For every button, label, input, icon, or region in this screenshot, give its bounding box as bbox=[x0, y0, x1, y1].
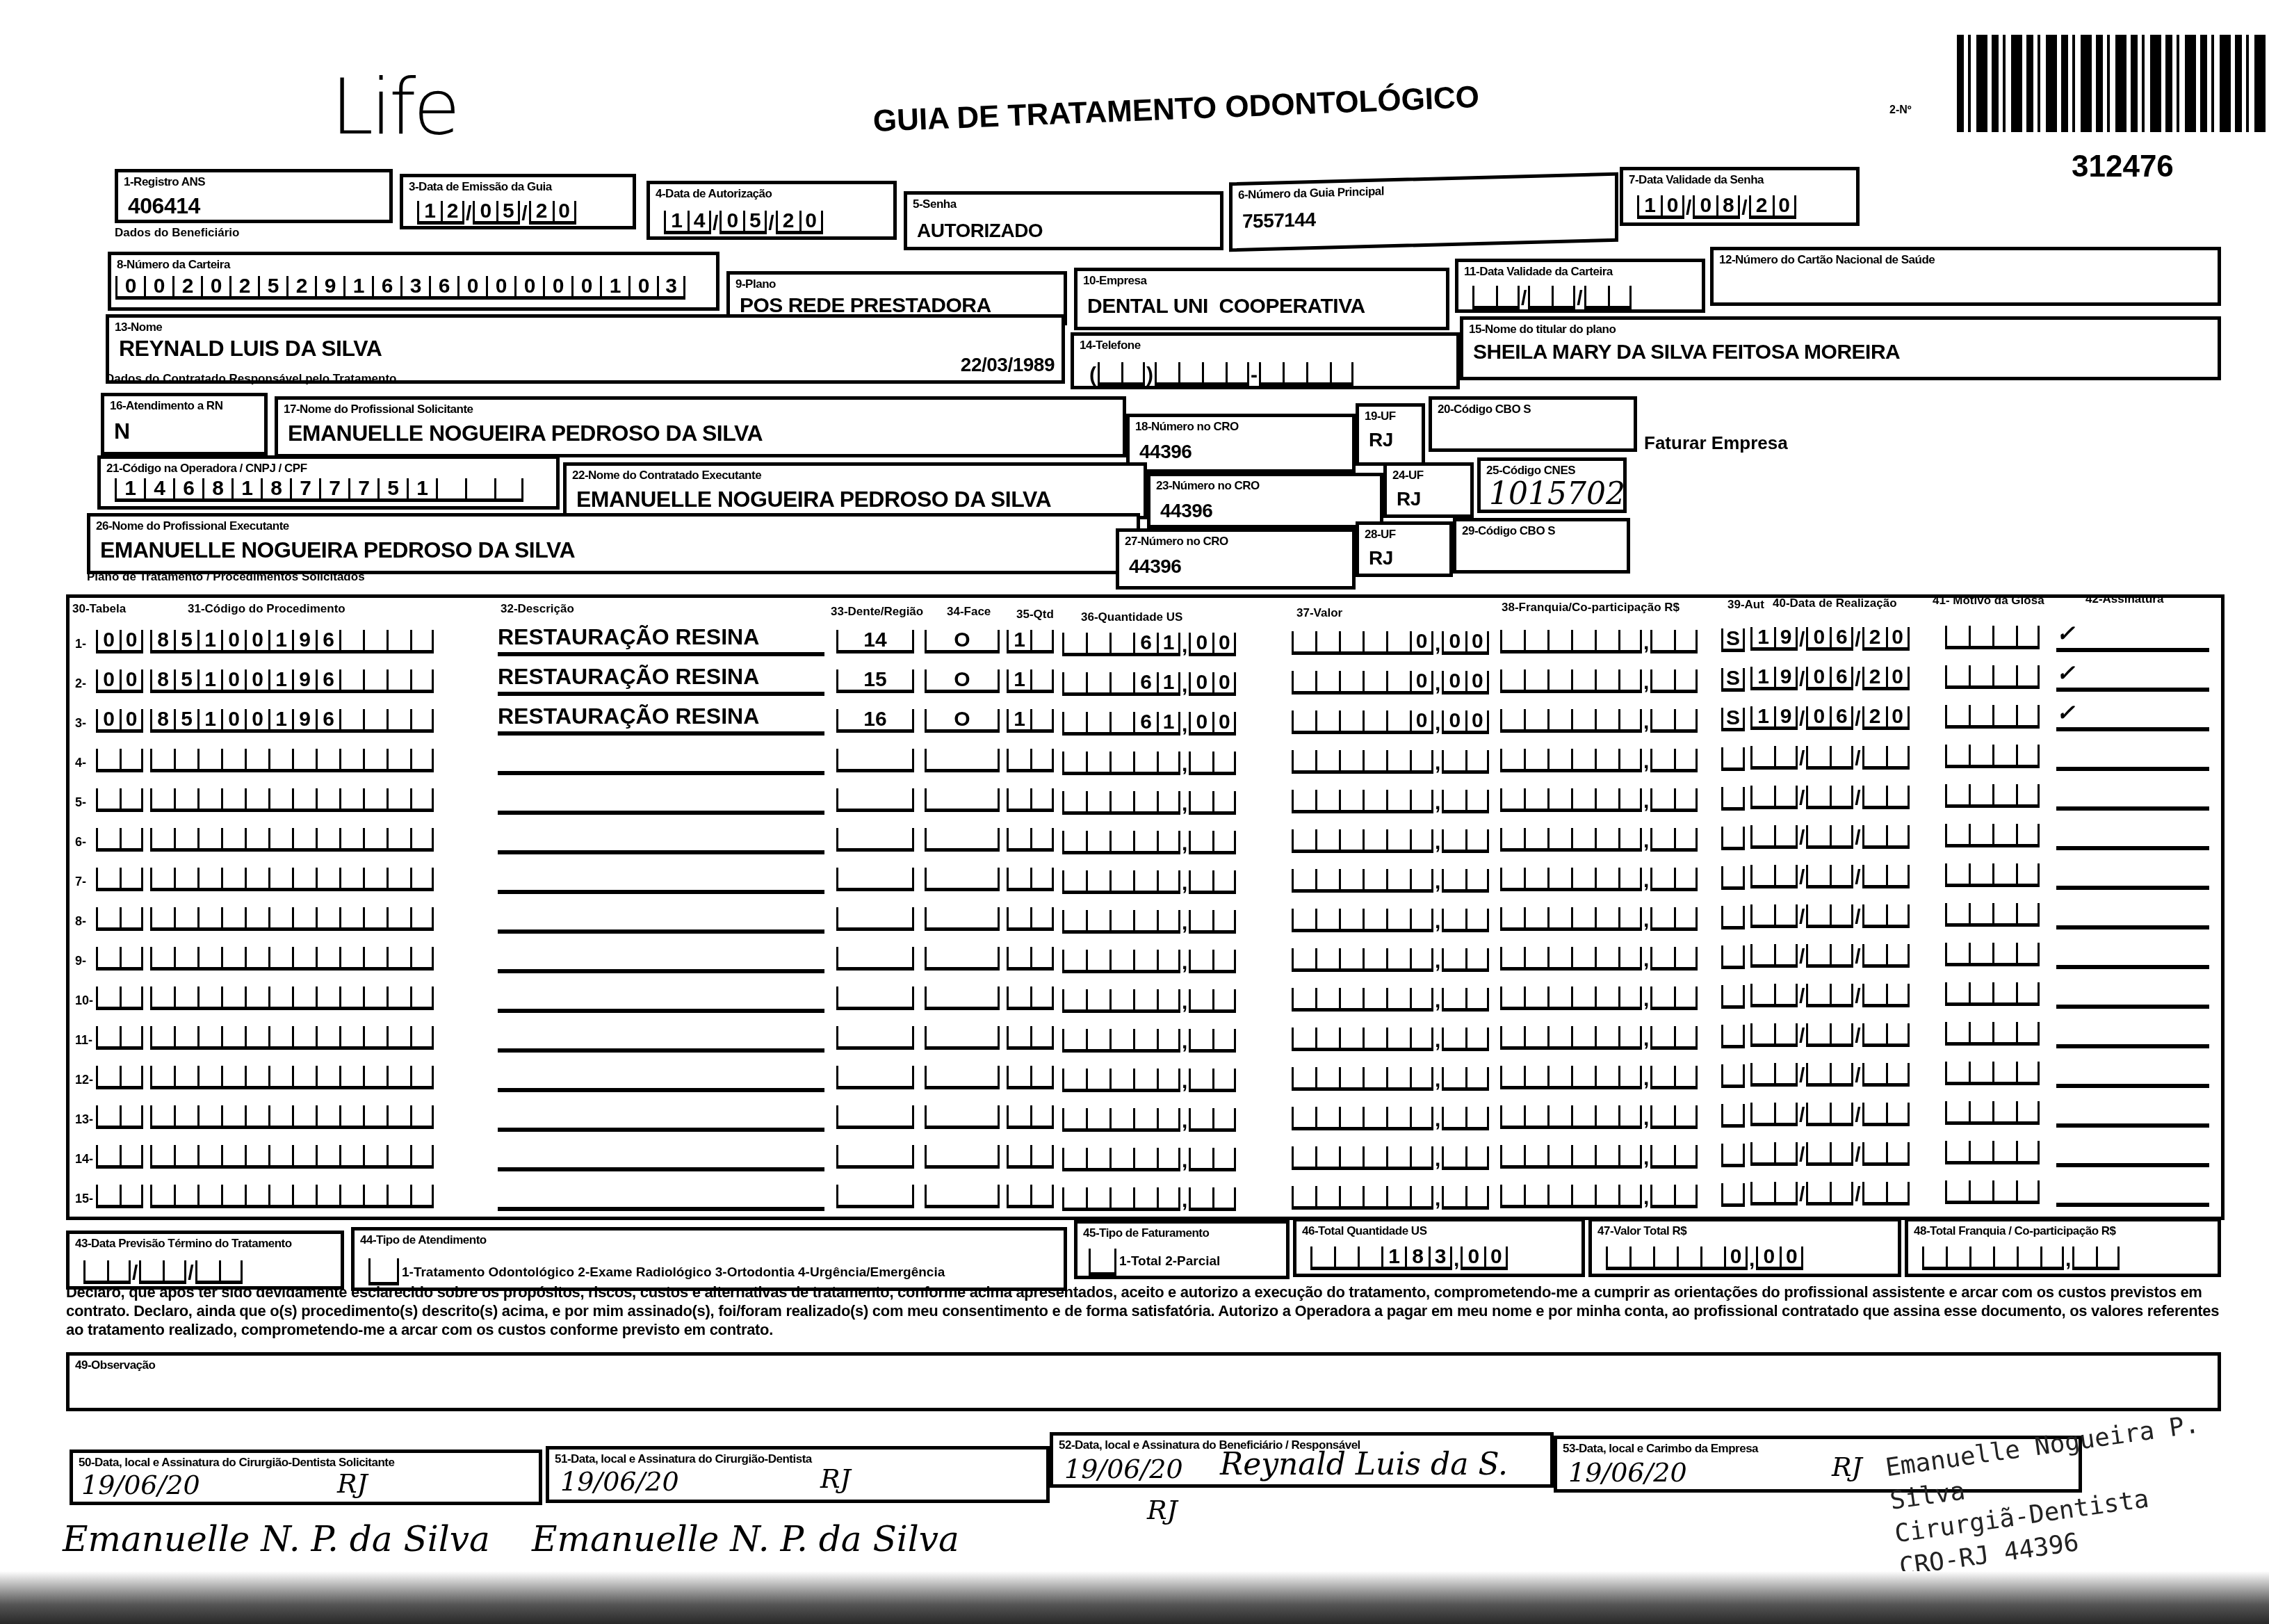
digit-cell bbox=[221, 749, 245, 772]
digit-cell bbox=[1945, 1101, 1969, 1125]
digit-cell bbox=[221, 1185, 245, 1208]
uf-executante-field[interactable]: 28-UF RJ bbox=[1356, 521, 1453, 577]
digit-cell bbox=[150, 1185, 174, 1208]
digit-cell bbox=[1862, 746, 1886, 770]
uf-solicitante-field[interactable]: 19-UF RJ bbox=[1356, 403, 1425, 466]
digit-cell bbox=[1386, 710, 1410, 734]
digit-cell bbox=[363, 907, 387, 931]
procedure-signature[interactable] bbox=[2056, 1016, 2209, 1048]
senha-field[interactable]: 5-Senha AUTORIZADO bbox=[904, 191, 1223, 250]
digit-cell bbox=[1283, 362, 1306, 386]
digit-cell bbox=[292, 1026, 316, 1050]
digit-cell bbox=[1442, 1067, 1465, 1091]
digit-cell bbox=[1945, 745, 1969, 768]
tipo-faturamento-checkbox[interactable] bbox=[1089, 1249, 1116, 1276]
digit-cell bbox=[1306, 362, 1330, 386]
digit-cell bbox=[1315, 631, 1339, 655]
digit-cell bbox=[1862, 1103, 1886, 1126]
digit-cell bbox=[1189, 870, 1212, 894]
digit-cell bbox=[120, 907, 143, 931]
digit-cell bbox=[1212, 989, 1236, 1013]
procedure-signature[interactable] bbox=[2056, 739, 2209, 771]
digit-cell bbox=[1062, 910, 1086, 934]
digit-cell bbox=[150, 907, 174, 931]
digit-cell bbox=[1650, 1105, 1674, 1129]
digit-cell bbox=[1062, 1108, 1086, 1132]
procedure-row[interactable]: 12- ,,,// bbox=[75, 1060, 2216, 1099]
digit-cell bbox=[925, 947, 1000, 971]
digit-cell bbox=[2016, 745, 2040, 768]
digit-cell: 0 bbox=[719, 211, 743, 234]
procedure-signature[interactable] bbox=[2056, 977, 2209, 1009]
previsao-termino-field[interactable]: 43-Data Previsão Término do Tratamento /… bbox=[66, 1231, 344, 1290]
digit-cell bbox=[197, 788, 221, 812]
digit-cell bbox=[339, 1105, 363, 1129]
tipo-faturamento-field[interactable]: 45-Tipo de Faturamento 1-Total 2-Parcial bbox=[1074, 1220, 1290, 1279]
digit-cell bbox=[1571, 669, 1595, 693]
digit-cell bbox=[1650, 1185, 1674, 1208]
procedure-row[interactable]: 3-0085100196RESTAURAÇÃO RESINA16O161,000… bbox=[75, 704, 2216, 742]
digit-cell bbox=[410, 1185, 434, 1208]
guia-number: 312476 bbox=[2072, 149, 2174, 184]
digit-cell bbox=[1292, 829, 1315, 853]
digit-cell: 7 bbox=[290, 478, 319, 502]
validade-carteira-field[interactable]: 11-Data Validade da Carteira // bbox=[1455, 259, 1705, 313]
total-us-field[interactable]: 46-Total Quantidade US 183,00 bbox=[1293, 1218, 1585, 1277]
digit-cell bbox=[197, 1105, 221, 1129]
procedure-signature[interactable] bbox=[2056, 779, 2209, 811]
procedure-row[interactable]: 11- ,,,// bbox=[75, 1021, 2216, 1059]
digit-cell bbox=[1442, 948, 1465, 972]
digit-cell bbox=[363, 868, 387, 891]
digit-cell: 1 bbox=[231, 478, 261, 502]
digit-cell bbox=[1133, 910, 1157, 934]
digit-cell bbox=[150, 828, 174, 852]
digit-cell bbox=[1595, 1066, 1618, 1089]
digit-cell bbox=[1750, 1182, 1774, 1205]
digit-cell bbox=[1133, 1069, 1157, 1092]
guia-principal-field[interactable]: 6-Número da Guia Principal 7557144 bbox=[1229, 172, 1618, 252]
digit-cell bbox=[150, 749, 174, 772]
total-franquia-field[interactable]: 48-Total Franquia / Co-participação R$ , bbox=[1905, 1218, 2221, 1277]
digit-cell bbox=[1465, 1107, 1489, 1130]
procedure-description bbox=[498, 1100, 824, 1132]
digit-cell bbox=[1650, 1145, 1674, 1169]
digit-cell bbox=[2016, 784, 2040, 808]
digit-cell bbox=[292, 986, 316, 1010]
digit-cell bbox=[1500, 1145, 1524, 1169]
digit-cell bbox=[1806, 746, 1830, 770]
digit-cell bbox=[2072, 1247, 2096, 1270]
observacao-field[interactable]: 49-Observação bbox=[66, 1352, 2221, 1411]
digit-cell bbox=[1595, 1105, 1618, 1129]
procedure-signature[interactable]: ✓ bbox=[2056, 699, 2209, 731]
carteira-field[interactable]: 8-Número da Carteira 0020252916360000010… bbox=[108, 252, 719, 311]
digit-cell bbox=[292, 907, 316, 931]
digit-cell bbox=[363, 1145, 387, 1169]
digit-cell bbox=[410, 986, 434, 1010]
digit-cell bbox=[1774, 944, 1798, 968]
procedure-signature[interactable] bbox=[2056, 1175, 2209, 1207]
digit-cell bbox=[1500, 868, 1524, 891]
digit-cell bbox=[1465, 869, 1489, 893]
prof-executante-field[interactable]: 26-Nome do Profissional Executante EMANU… bbox=[87, 513, 1140, 574]
digit-cell bbox=[363, 1105, 387, 1129]
digit-cell: 16 bbox=[836, 709, 914, 733]
digit-cell bbox=[245, 986, 268, 1010]
digit-cell bbox=[1030, 1145, 1054, 1169]
digit-cell bbox=[1992, 1101, 2016, 1125]
digit-cell bbox=[1109, 1148, 1133, 1171]
digit-cell bbox=[1212, 831, 1236, 854]
digit-cell bbox=[1571, 1185, 1595, 1208]
digit-cell: 1 bbox=[407, 478, 436, 502]
digit-cell bbox=[1109, 1108, 1133, 1132]
procedure-row[interactable]: 2-0085100196RESTAURAÇÃO RESINA15O161,000… bbox=[75, 664, 2216, 703]
digit-cell bbox=[1007, 1145, 1030, 1169]
digit-cell bbox=[1109, 831, 1133, 854]
digit-cell bbox=[1178, 362, 1202, 386]
empresa-field[interactable]: 10-Empresa DENTAL UNI COOPERATIVA bbox=[1074, 268, 1449, 330]
digit-cell bbox=[410, 630, 434, 653]
digit-cell bbox=[1212, 752, 1236, 775]
digit-cell bbox=[1086, 1187, 1109, 1211]
digit-cell bbox=[1363, 1186, 1386, 1210]
digit-cell bbox=[1315, 1186, 1339, 1210]
digit-cell bbox=[1571, 1145, 1595, 1169]
digit-cell bbox=[494, 478, 523, 502]
digit-cell bbox=[268, 828, 292, 852]
digit-cell bbox=[245, 1026, 268, 1050]
procedure-row[interactable]: 5- ,,,// bbox=[75, 783, 2216, 822]
digit-cell bbox=[174, 1105, 197, 1129]
digit-cell bbox=[1886, 1142, 1910, 1166]
digit-cell: 1 bbox=[1007, 709, 1030, 733]
procedure-row[interactable]: 14- ,,,// bbox=[75, 1139, 2216, 1178]
digit-cell bbox=[1674, 1145, 1698, 1169]
digit-cell: 0 bbox=[221, 709, 245, 733]
digit-cell: 0 bbox=[120, 630, 143, 653]
digit-cell bbox=[1806, 1142, 1830, 1166]
cartao-nacional-field[interactable]: 12-Número do Cartão Nacional de Saúde bbox=[1710, 247, 2221, 306]
digit-cell bbox=[1157, 1187, 1180, 1211]
uf-contratado-field[interactable]: 24-UF RJ bbox=[1383, 462, 1474, 518]
digit-cell bbox=[174, 788, 197, 812]
digit-cell: 9 bbox=[292, 709, 316, 733]
digit-cell bbox=[836, 947, 914, 971]
cro-solicitante-field[interactable]: 18-Número no CRO 44396 bbox=[1126, 414, 1356, 473]
digit-cell bbox=[292, 1185, 316, 1208]
digit-cell bbox=[1945, 626, 1969, 649]
digit-cell bbox=[1363, 948, 1386, 972]
digit-cell bbox=[1524, 1105, 1547, 1129]
digit-cell bbox=[1618, 749, 1642, 772]
digit-cell bbox=[245, 1185, 268, 1208]
cnes-field[interactable]: 25-Código CNES 1015702 bbox=[1477, 457, 1627, 513]
digit-cell bbox=[1524, 868, 1547, 891]
procedure-row[interactable]: 15- ,,,// bbox=[75, 1179, 2216, 1218]
procedure-signature[interactable] bbox=[2056, 937, 2209, 969]
digit-cell bbox=[1774, 1063, 1798, 1087]
procedure-row[interactable]: 4- ,,,// bbox=[75, 743, 2216, 782]
digit-cell bbox=[1992, 784, 2016, 808]
data-emissao-field[interactable]: 3-Data de Emissão da Guia 12/05/20 bbox=[400, 174, 636, 229]
assinatura-solicitante-field[interactable]: 50-Data, local e Assinatura do Cirurgião… bbox=[70, 1450, 542, 1505]
digit-cell bbox=[1030, 788, 1054, 812]
digit-cell bbox=[1133, 831, 1157, 854]
digit-cell bbox=[339, 947, 363, 971]
digit-cell bbox=[1157, 950, 1180, 973]
digit-cell bbox=[1547, 709, 1571, 733]
digit-cell bbox=[245, 828, 268, 852]
local-beneficiario: RJ bbox=[1147, 1495, 1178, 1525]
telefone-field[interactable]: 14-Telefone ()- bbox=[1071, 332, 1460, 389]
digit-cell bbox=[1212, 910, 1236, 934]
digit-cell bbox=[1030, 669, 1054, 693]
procedure-signature[interactable] bbox=[2056, 1135, 2209, 1167]
atendimento-rn-field[interactable]: 16-Atendimento a RN N bbox=[101, 393, 268, 455]
digit-cell: 1 bbox=[1750, 627, 1774, 651]
procedure-signature[interactable] bbox=[2056, 1056, 2209, 1088]
digit-cell bbox=[96, 1145, 120, 1169]
digit-cell bbox=[1721, 945, 1745, 969]
digit-cell bbox=[339, 907, 363, 931]
digit-cell bbox=[221, 828, 245, 852]
digit-cell bbox=[1109, 672, 1133, 696]
digit-cell bbox=[1086, 712, 1109, 736]
digit-cell bbox=[150, 788, 174, 812]
digit-cell bbox=[1500, 630, 1524, 653]
digit-cell bbox=[1410, 1186, 1433, 1210]
dentist-stamp: Emanuelle Nogueira P. Silva Cirurgiã-Den… bbox=[1883, 1399, 2269, 1584]
procedure-signature[interactable] bbox=[2056, 1096, 2209, 1128]
digit-cell bbox=[1774, 786, 1798, 809]
digit-cell bbox=[1524, 1026, 1547, 1050]
digit-cell: 0 bbox=[201, 276, 229, 300]
digit-cell bbox=[1618, 868, 1642, 891]
digit-cell: 1 bbox=[417, 201, 441, 225]
prof-solicitante-field[interactable]: 17-Nome do Profissional Solicitante EMAN… bbox=[275, 396, 1126, 457]
digit-cell bbox=[1030, 1185, 1054, 1208]
digit-cell bbox=[150, 1026, 174, 1050]
digit-cell bbox=[1721, 1064, 1745, 1088]
cbo-executante-field[interactable]: 29-Código CBO S bbox=[1453, 518, 1630, 574]
digit-cell bbox=[1650, 669, 1674, 693]
digit-cell bbox=[1109, 870, 1133, 894]
titular-field[interactable]: 15-Nome do titular do plano SHEILA MARY … bbox=[1460, 316, 2221, 380]
digit-cell bbox=[120, 1185, 143, 1208]
valor-total-field[interactable]: 47-Valor Total R$ 0,00 bbox=[1588, 1218, 1901, 1277]
digit-cell bbox=[1969, 863, 1992, 887]
digit-cell bbox=[1547, 1145, 1571, 1169]
digit-cell bbox=[268, 907, 292, 931]
digit-cell bbox=[1157, 1148, 1180, 1171]
digit-cell bbox=[1547, 947, 1571, 971]
digit-cell bbox=[1086, 831, 1109, 854]
validade-senha-field[interactable]: 7-Data Validade da Senha 10/08/20 bbox=[1620, 167, 1860, 226]
digit-cell: 5 bbox=[496, 201, 520, 225]
procedure-row[interactable]: 8- ,,,// bbox=[75, 902, 2216, 941]
cro-executante-field[interactable]: 27-Número no CRO 44396 bbox=[1116, 528, 1356, 590]
tipo-atendimento-field[interactable]: 44-Tipo de Atendimento 1-Tratamento Odon… bbox=[351, 1227, 1067, 1291]
digit-cell bbox=[1862, 1142, 1886, 1166]
procedure-signature[interactable] bbox=[2056, 898, 2209, 929]
assinatura-beneficiario-field[interactable]: 52-Data, local e Assinatura do Beneficiá… bbox=[1050, 1432, 1554, 1488]
digit-cell bbox=[316, 788, 339, 812]
digit-cell bbox=[1571, 788, 1595, 812]
digit-cell bbox=[2016, 1062, 2040, 1085]
digit-cell bbox=[96, 1105, 120, 1129]
procedure-row[interactable]: 6- ,,,// bbox=[75, 822, 2216, 861]
digit-cell bbox=[925, 1145, 1000, 1169]
digit-cell bbox=[1992, 943, 2016, 966]
digit-cell bbox=[1774, 1142, 1798, 1166]
digit-cell bbox=[1334, 1247, 1358, 1270]
contratado-executante-field[interactable]: 22-Nome do Contratado Executante EMANUEL… bbox=[563, 462, 1147, 519]
digit-cell bbox=[1945, 863, 1969, 887]
digit-cell bbox=[1830, 865, 1853, 888]
digit-cell bbox=[96, 788, 120, 812]
digit-cell: 0 bbox=[1189, 633, 1212, 656]
data-autorizacao-field[interactable]: 4-Data de Autorização 14/05/20 bbox=[646, 181, 897, 240]
digit-cell bbox=[1750, 1063, 1774, 1087]
digit-cell bbox=[1674, 1185, 1698, 1208]
signature-solicitante: Emanuelle N. P. da Silva bbox=[63, 1519, 490, 1559]
digit-cell bbox=[1650, 986, 1674, 1010]
procedure-row[interactable]: 1-0085100196RESTAURAÇÃO RESINA14O161,000… bbox=[75, 624, 2216, 663]
registro-ans-field[interactable]: 1-Registro ANS 406414 bbox=[115, 169, 393, 223]
assinatura-dentista-field[interactable]: 51-Data, local e Assinatura do Cirurgião… bbox=[546, 1446, 1050, 1503]
digit-cell: 8 bbox=[150, 709, 174, 733]
digit-cell: 0 bbox=[1442, 631, 1465, 655]
digit-cell bbox=[339, 669, 363, 693]
digit-cell bbox=[1547, 669, 1571, 693]
tipo-atendimento-checkbox[interactable] bbox=[368, 1258, 399, 1285]
digit-cell bbox=[1721, 827, 1745, 850]
digit-cell bbox=[1806, 865, 1830, 888]
digit-cell bbox=[836, 1026, 914, 1050]
digit-cell bbox=[292, 1066, 316, 1089]
digit-cell bbox=[363, 749, 387, 772]
digit-cell: 0 bbox=[1806, 706, 1830, 730]
digit-cell bbox=[1030, 947, 1054, 971]
digit-cell bbox=[1886, 1063, 1910, 1087]
digit-cell bbox=[1315, 1146, 1339, 1170]
digit-cell: 0 bbox=[628, 276, 657, 300]
digit-cell bbox=[1618, 1026, 1642, 1050]
digit-cell bbox=[1806, 1063, 1830, 1087]
digit-cell bbox=[197, 828, 221, 852]
digit-cell bbox=[363, 828, 387, 852]
procedure-row[interactable]: 7- ,,,// bbox=[75, 862, 2216, 901]
digit-cell bbox=[1886, 1023, 1910, 1047]
digit-cell bbox=[925, 828, 1000, 852]
digit-cell bbox=[221, 986, 245, 1010]
digit-cell bbox=[150, 986, 174, 1010]
digit-cell: 0 bbox=[1212, 633, 1236, 656]
digit-cell: 0 bbox=[543, 276, 571, 300]
procedure-signature[interactable] bbox=[2056, 858, 2209, 890]
procedure-signature[interactable] bbox=[2056, 818, 2209, 850]
digit-cell bbox=[174, 749, 197, 772]
digit-cell bbox=[1007, 868, 1030, 891]
digit-cell bbox=[1189, 831, 1212, 854]
digit-cell bbox=[1571, 868, 1595, 891]
digit-cell bbox=[1386, 1107, 1410, 1130]
digit-cell bbox=[925, 1105, 1000, 1129]
digit-cell: 0 bbox=[1886, 706, 1910, 730]
digit-cell bbox=[1500, 1185, 1524, 1208]
digit-cell bbox=[2017, 1247, 2040, 1270]
digit-cell: 8 bbox=[1716, 195, 1740, 219]
digit-cell bbox=[1750, 825, 1774, 849]
digit-cell bbox=[1524, 907, 1547, 931]
digit-cell: 1 bbox=[268, 669, 292, 693]
digit-cell bbox=[1886, 865, 1910, 888]
digit-cell bbox=[925, 986, 1000, 1010]
digit-cell bbox=[1500, 709, 1524, 733]
procedure-row[interactable]: 9- ,,,// bbox=[75, 941, 2216, 980]
procedure-signature[interactable]: ✓ bbox=[2056, 620, 2209, 652]
digit-cell bbox=[1806, 984, 1830, 1007]
digit-cell: 3 bbox=[657, 276, 685, 300]
digit-cell bbox=[1774, 865, 1798, 888]
page-title: GUIA DE TRATAMENTO ODONTOLÓGICO bbox=[872, 80, 1480, 139]
cbo-solicitante-field[interactable]: 20-Código CBO S bbox=[1429, 396, 1637, 452]
digit-cell bbox=[1472, 286, 1496, 309]
procedure-row[interactable]: 13- ,,,// bbox=[75, 1100, 2216, 1139]
digit-cell bbox=[1212, 1108, 1236, 1132]
procedure-row[interactable]: 10- ,,,// bbox=[75, 981, 2216, 1020]
digit-cell bbox=[1363, 790, 1386, 813]
digit-cell bbox=[1363, 1028, 1386, 1051]
digit-cell bbox=[387, 669, 410, 693]
digit-cell: 0 bbox=[1773, 195, 1796, 219]
digit-cell: 6 bbox=[1830, 706, 1853, 730]
digit-cell bbox=[1992, 1022, 2016, 1046]
digit-cell bbox=[1992, 982, 2016, 1006]
digit-cell: 0 bbox=[1410, 671, 1433, 695]
digit-cell: 0 bbox=[120, 669, 143, 693]
digit-cell: S bbox=[1721, 628, 1745, 652]
digit-cell bbox=[363, 630, 387, 653]
digit-cell bbox=[1212, 950, 1236, 973]
digit-cell bbox=[1774, 1182, 1798, 1205]
digit-cell bbox=[2016, 665, 2040, 689]
digit-cell bbox=[1595, 788, 1618, 812]
codigo-operadora-field[interactable]: 21-Código na Operadora / CNPJ / CPF 1468… bbox=[97, 455, 560, 510]
cro-contratado-field[interactable]: 23-Número no CRO 44396 bbox=[1147, 473, 1383, 528]
digit-cell: 2 bbox=[229, 276, 258, 300]
digit-cell bbox=[1524, 1185, 1547, 1208]
digit-cell bbox=[1969, 665, 1992, 689]
digit-cell bbox=[1339, 988, 1363, 1012]
digit-cell bbox=[1547, 788, 1571, 812]
procedure-signature[interactable]: ✓ bbox=[2056, 660, 2209, 692]
digit-cell bbox=[1584, 286, 1608, 309]
digit-cell bbox=[1310, 1247, 1334, 1270]
digit-cell bbox=[174, 1066, 197, 1089]
digit-cell bbox=[1945, 943, 1969, 966]
digit-cell bbox=[1363, 909, 1386, 932]
procedure-description bbox=[498, 1139, 824, 1171]
digit-cell: 0 bbox=[1886, 667, 1910, 690]
digit-cell bbox=[1721, 1183, 1745, 1207]
digit-cell: 6 bbox=[316, 669, 339, 693]
digit-cell: 1 bbox=[115, 478, 144, 502]
digit-cell bbox=[120, 868, 143, 891]
digit-cell bbox=[387, 947, 410, 971]
